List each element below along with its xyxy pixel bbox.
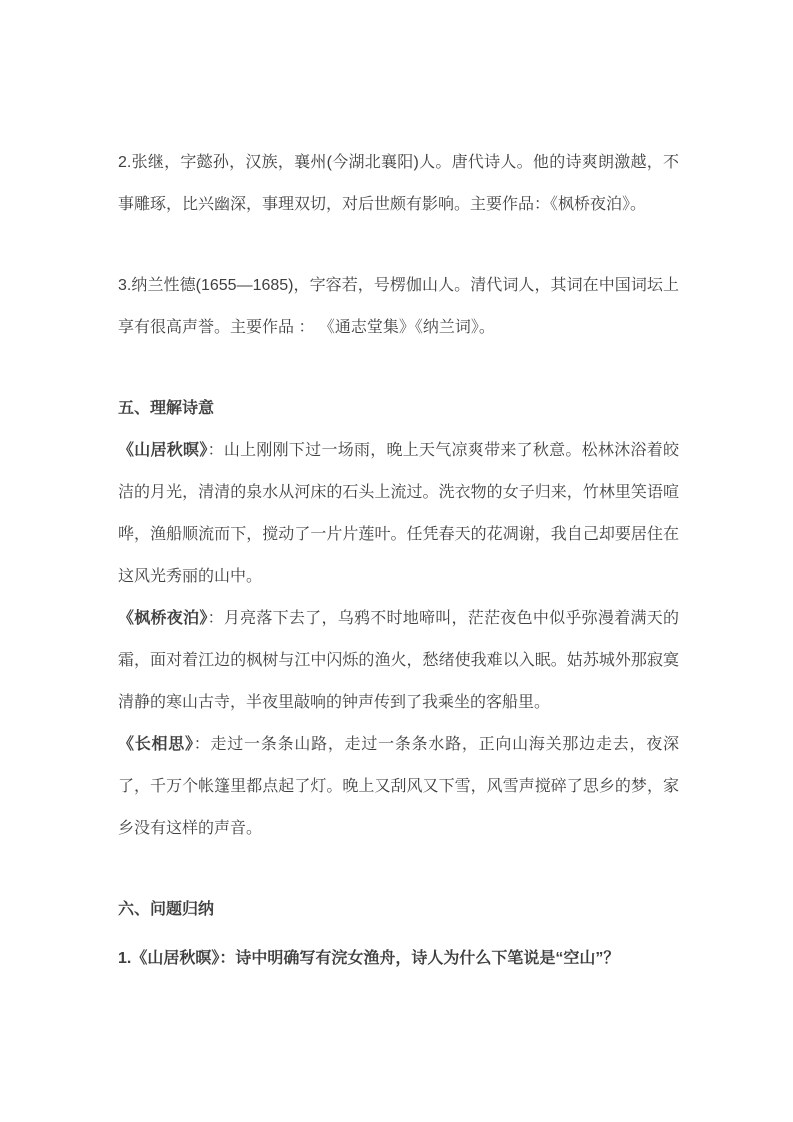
document-content: 2.张继，字懿孙，汉族，襄州(今湖北襄阳)人。唐代诗人。他的诗爽朗激越，不事雕琢… — [118, 142, 679, 980]
poem-paraphrase-text: 山上刚刚下过一场雨，晚上天气凉爽带来了秋意。松林沐浴着皎洁的月光，清清的泉水从河… — [118, 442, 679, 585]
question-1: 1.《山居秋暝》：诗中明确写有浣女渔舟，诗人为什么下笔说是“空山”？ — [118, 938, 679, 980]
section6-heading: 六、问题归纳 — [118, 889, 679, 931]
poem-paraphrase-changxiangsi: 《长相思》：走过一条条山路，走过一条条水路，正向山海关那边走去，夜深了，千万个帐… — [118, 724, 679, 850]
author-note-nalanxingde: 3.纳兰性德(1655—1685)，字容若，号楞伽山人。清代词人，其词在中国词坛… — [118, 265, 679, 349]
author-note-zhangji: 2.张继，字懿孙，汉族，襄州(今湖北襄阳)人。唐代诗人。他的诗爽朗激越，不事雕琢… — [118, 142, 679, 226]
poem-title-fengqiaoyebo: 《枫桥夜泊》 — [118, 610, 208, 627]
poem-paraphrase-fengqiaoyebo: 《枫桥夜泊》：月亮落下去了，乌鸦不时地啼叫，茫茫夜色中似乎弥漫着满天的霜，面对着… — [118, 598, 679, 724]
section5-heading: 五、理解诗意 — [118, 388, 679, 430]
poem-title-changxiangsi: 《长相思》 — [118, 736, 194, 753]
poem-colon: ： — [208, 610, 224, 627]
poem-paraphrase-shanjuqiuming: 《山居秋暝》：山上刚刚下过一场雨，晚上天气凉爽带来了秋意。松林沐浴着皎洁的月光，… — [118, 430, 679, 598]
poem-colon: ： — [208, 442, 224, 459]
document-page: 2.张继，字懿孙，汉族，襄州(今湖北襄阳)人。唐代诗人。他的诗爽朗激越，不事雕琢… — [0, 0, 793, 1122]
poem-colon: ： — [194, 736, 211, 753]
poem-title-shanjuqiuming: 《山居秋暝》 — [118, 442, 208, 459]
